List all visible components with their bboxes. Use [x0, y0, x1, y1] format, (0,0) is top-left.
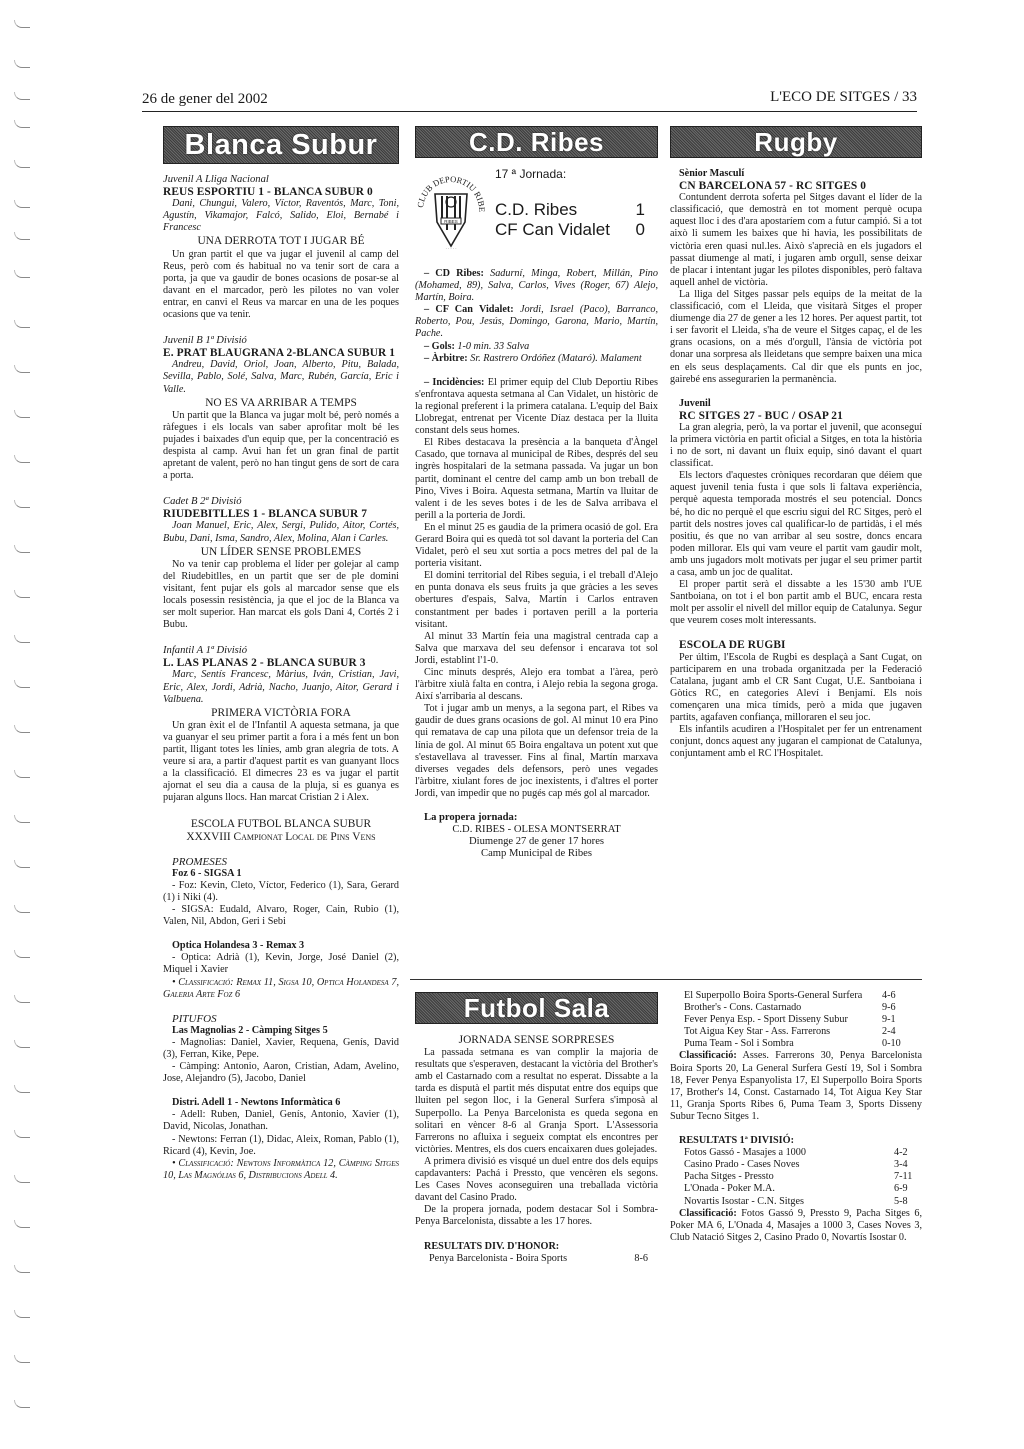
body-text: Un gran èxit el de l'Infantil A aquesta … [163, 720, 399, 805]
players: Andreu, David, Oriol, Joan, Alberto, Pit… [163, 359, 399, 395]
body-text: En el minut 25 es gaudia de la primera o… [415, 522, 658, 570]
team-goals: 0 [636, 224, 645, 236]
next-match-teams: C.D. RIBES - OLESA MONTSERRAT [415, 824, 658, 836]
team-name: C.D. Ribes [495, 204, 577, 216]
section-banner-blanca-subur: Blanca Subur [163, 126, 399, 164]
headline: UN LÍDER SENSE PROBLEMES [163, 546, 399, 558]
result-row: Tot Aigua Key Star - Ass. Farrerons2-4 [670, 1026, 922, 1038]
lineup: - Newtons: Ferran (1), Didac, Aleix, Rom… [163, 1134, 399, 1158]
jornada-label: 17 ª Jornada: [495, 168, 566, 180]
result-row: Brother's - Cons. Castarnado9-6 [670, 1002, 922, 1014]
body-text: Per últim, l'Escola de Rugbi es desplaçà… [670, 652, 922, 725]
result-row: Fever Penya Esp. - Sport Disseny Subur9-… [670, 1014, 922, 1026]
body-text: Contundent derrota soferta pel Sitges da… [670, 192, 922, 289]
div-1-title: RESULTATS 1ª DIVISIÓ: [670, 1135, 922, 1147]
body-text: La gran alegria, però, la va portar el j… [670, 422, 922, 470]
section-divider [410, 979, 922, 980]
body-text: Al minut 33 Martín feia una magistral ce… [415, 631, 658, 667]
group-name: PITUFOS [163, 1013, 399, 1025]
futbol-sala-left: Futbol Sala JORNADA SENSE SORPRESES La p… [415, 992, 658, 1265]
result-row: Fotos Gassó - Masajes a 10004-2 [670, 1147, 922, 1159]
section-banner-cd-ribes: C.D. Ribes [415, 126, 658, 158]
headline: PRIMERA VICTÒRIA FORA [163, 707, 399, 719]
body-text: De la propera jornada, podem destacar So… [415, 1204, 658, 1228]
page-header: 26 de gener del 2002 L'ECO DE SITGES / 3… [142, 82, 917, 112]
team-goals: 1 [636, 204, 645, 216]
section-title: ESCOLA DE RUGBI [670, 639, 922, 651]
headline: JORNADA SENSE SORPRESES [415, 1034, 658, 1046]
body-text: Els infantils acudiren a l'Hospitalet pe… [670, 724, 922, 760]
category: Cadet B 2ª Divisió [163, 496, 399, 508]
match-report: Juvenil B 1ª Divisió E. PRAT BLAUGRANA 2… [163, 335, 399, 482]
issue-date: 26 de gener del 2002 [142, 91, 268, 108]
svg-text:CLUB DEPORTIU RIBES: CLUB DEPORTIU RIBES [415, 172, 487, 212]
blanca-subur-column: Blanca Subur Juvenil A Lliga Nacional RE… [163, 126, 399, 1182]
body-text: Un partit que la Blanca va jugar molt bé… [163, 410, 399, 483]
match-result: CN BARCELONA 57 - RC SITGES 0 [670, 180, 922, 192]
lineup: - Magnolias: Daniel, Xavier, Requena, Ge… [163, 1037, 399, 1061]
classification: • Classificació: Newtons Informàtica 12,… [163, 1158, 399, 1182]
result-row: L'Onada - Poker M.A.6-9 [670, 1183, 922, 1195]
match-result: RC SITGES 27 - BUC / OSAP 21 [670, 410, 922, 422]
publication-page: L'ECO DE SITGES / 33 [770, 89, 917, 106]
body-text: La lliga del Sitges passar pels equips d… [670, 289, 922, 386]
section-banner-rugby: Rugby [670, 126, 922, 158]
next-match: La propera jornada: C.D. RIBES - OLESA M… [415, 812, 658, 860]
body-text: Cinc minuts després, Alejo era tombat a … [415, 667, 658, 703]
headline: UNA DERROTA TOT I JUGAR BÉ [163, 235, 399, 247]
game-result: Distri. Adell 1 - Newtons Informàtica 6 [163, 1097, 399, 1109]
players: Joan Manuel, Eric, Alex, Sergi, Pulido, … [163, 520, 399, 544]
game-result: Optica Holandesa 3 - Remax 3 [163, 940, 399, 952]
body-text: Els lectors d'aquestes cròniques recorda… [670, 470, 922, 579]
body-text: El Ribes destacava la presència a la ban… [415, 437, 658, 522]
lineup: - Foz: Kevin, Cleto, Víctor, Federico (1… [163, 880, 399, 904]
body-text: El proper partit serà el dissabte a les … [670, 579, 922, 627]
rugby-report: ESCOLA DE RUGBI Per últim, l'Escola de R… [670, 639, 922, 760]
game-result: Las Magnolias 2 - Càmping Sitges 5 [163, 1025, 399, 1037]
escola-futbol: ESCOLA FUTBOL BLANCA SUBUR XXXVIII Campi… [163, 818, 399, 1182]
result-row: Novartis Isostar - C.N. Sitges5-8 [670, 1196, 922, 1208]
body-text: El domini territorial del Ribes seguia, … [415, 570, 658, 630]
team-name: CF Can Vidalet [495, 224, 610, 236]
futbol-sala-right: El Superpollo Boira Sports-General Surfe… [670, 990, 922, 1244]
match-report: Infantil A 1ª Divisió L. LAS PLANAS 2 - … [163, 645, 399, 804]
next-match-date: Diumenge 27 de gener 17 hores [415, 836, 658, 848]
category: Sènior Masculí [670, 168, 922, 180]
next-match-venue: Camp Municipal de Ribes [415, 848, 658, 860]
match-report: Juvenil A Lliga Nacional REUS ESPORTIU 1… [163, 174, 399, 321]
result-row: Puma Team - Sol i Sombra0-10 [670, 1038, 922, 1050]
classification: Classificació: Fotos Gassó 9, Pressto 9,… [670, 1208, 922, 1244]
players: Marc, Sentís Francesc, Màrius, Iván, Cri… [163, 669, 399, 705]
section-banner-futbol-sala: Futbol Sala [415, 992, 658, 1024]
match-report: Cadet B 2ª Divisió RIUDEBITLLES 1 - BLAN… [163, 496, 399, 631]
lineup: - Càmping: Antonio, Aaron, Cristian, Ada… [163, 1061, 399, 1085]
escola-subtitle: XXXVIII Campionat Local de Pins Vens [163, 831, 399, 843]
div-honor-title: RESULTATS DIV. D'HONOR: [415, 1241, 658, 1253]
lineup-home: – CD Ribes: Sadurní, Minga, Robert, Mill… [415, 268, 658, 304]
result-row: Pacha Sitges - Pressto7-11 [670, 1171, 922, 1183]
body-text: Tot i jugar amb un menys, a la segona pa… [415, 703, 658, 800]
result-row: Casino Prado - Cases Noves3-4 [670, 1159, 922, 1171]
classification: • Classificació: Remax 11, Sigsa 10, Opt… [163, 977, 399, 1001]
classification: Classificació: Asses. Farrerons 30, Peny… [670, 1050, 922, 1123]
next-label: La propera jornada: [415, 812, 658, 824]
lineup: - SIGSA: Eudald, Alvaro, Roger, Cain, Ru… [163, 904, 399, 928]
referee-line: – Àrbitre: Sr. Rastrero Ordóñez (Mataró)… [415, 353, 658, 365]
escola-title: ESCOLA FUTBOL BLANCA SUBUR [163, 818, 399, 830]
category: Juvenil A Lliga Nacional [163, 174, 399, 186]
ribes-scoreboard: CLUB DEPORTIU RIBES RIBES · · · · · 17 ª… [415, 168, 658, 268]
category: Juvenil B 1ª Divisió [163, 335, 399, 347]
players: Dani, Chungui, Valero, Víctor, Raventós,… [163, 198, 399, 234]
game-result: Foz 6 - SIGSA 1 [163, 868, 399, 880]
body-text: – Incidències: El primer equip del Club … [415, 377, 658, 437]
svg-text:RIBES: RIBES [444, 219, 458, 224]
match-result: E. PRAT BLAUGRANA 2-BLANCA SUBUR 1 [163, 347, 399, 359]
category: Juvenil [670, 398, 922, 410]
lineup: - Adell: Ruben, Daniel, Genís, Antonio, … [163, 1109, 399, 1133]
rugby-report: Sènior Masculí CN BARCELONA 57 - RC SITG… [670, 168, 922, 386]
lineup-away: – CF Can Vidalet: Jordi, Israel (Paco), … [415, 304, 658, 340]
category: Infantil A 1ª Divisió [163, 645, 399, 657]
body-text: A primera divisió es visqué un duel entr… [415, 1156, 658, 1204]
rugby-report: Juvenil RC SITGES 27 - BUC / OSAP 21 La … [670, 398, 922, 628]
rugby-column: Rugby Sènior Masculí CN BARCELONA 57 - R… [670, 126, 922, 760]
result-row: Penya Barcelonista - Boira Sports 8-6 [415, 1253, 658, 1265]
cd-ribes-column: C.D. Ribes CLUB DEPORTIU RIBES RIBES · ·… [415, 126, 658, 860]
svg-text:· · · · ·: · · · · · [445, 246, 456, 251]
club-crest-icon: CLUB DEPORTIU RIBES RIBES · · · · · [415, 172, 487, 252]
group-name: PROMESES [163, 856, 399, 868]
body-text: No va tenir cap problema el líder per go… [163, 559, 399, 632]
goals-line: – Gols: 1-0 min. 33 Salva [415, 341, 658, 353]
match-result: REUS ESPORTIU 1 - BLANCA SUBUR 0 [163, 186, 399, 198]
match-result: RIUDEBITLLES 1 - BLANCA SUBUR 7 [163, 508, 399, 520]
body-text: Un gran partit el que va jugar el juveni… [163, 249, 399, 322]
body-text: La passada setmana es van complir la maj… [415, 1047, 658, 1156]
headline: NO ES VA ARRIBAR A TEMPS [163, 397, 399, 409]
result-row: El Superpollo Boira Sports-General Surfe… [670, 990, 922, 1002]
binding-marks [14, 20, 38, 1440]
lineup: - Optica: Adrià (1), Kevin, Jorge, José … [163, 952, 399, 976]
match-result: L. LAS PLANAS 2 - BLANCA SUBUR 3 [163, 657, 399, 669]
